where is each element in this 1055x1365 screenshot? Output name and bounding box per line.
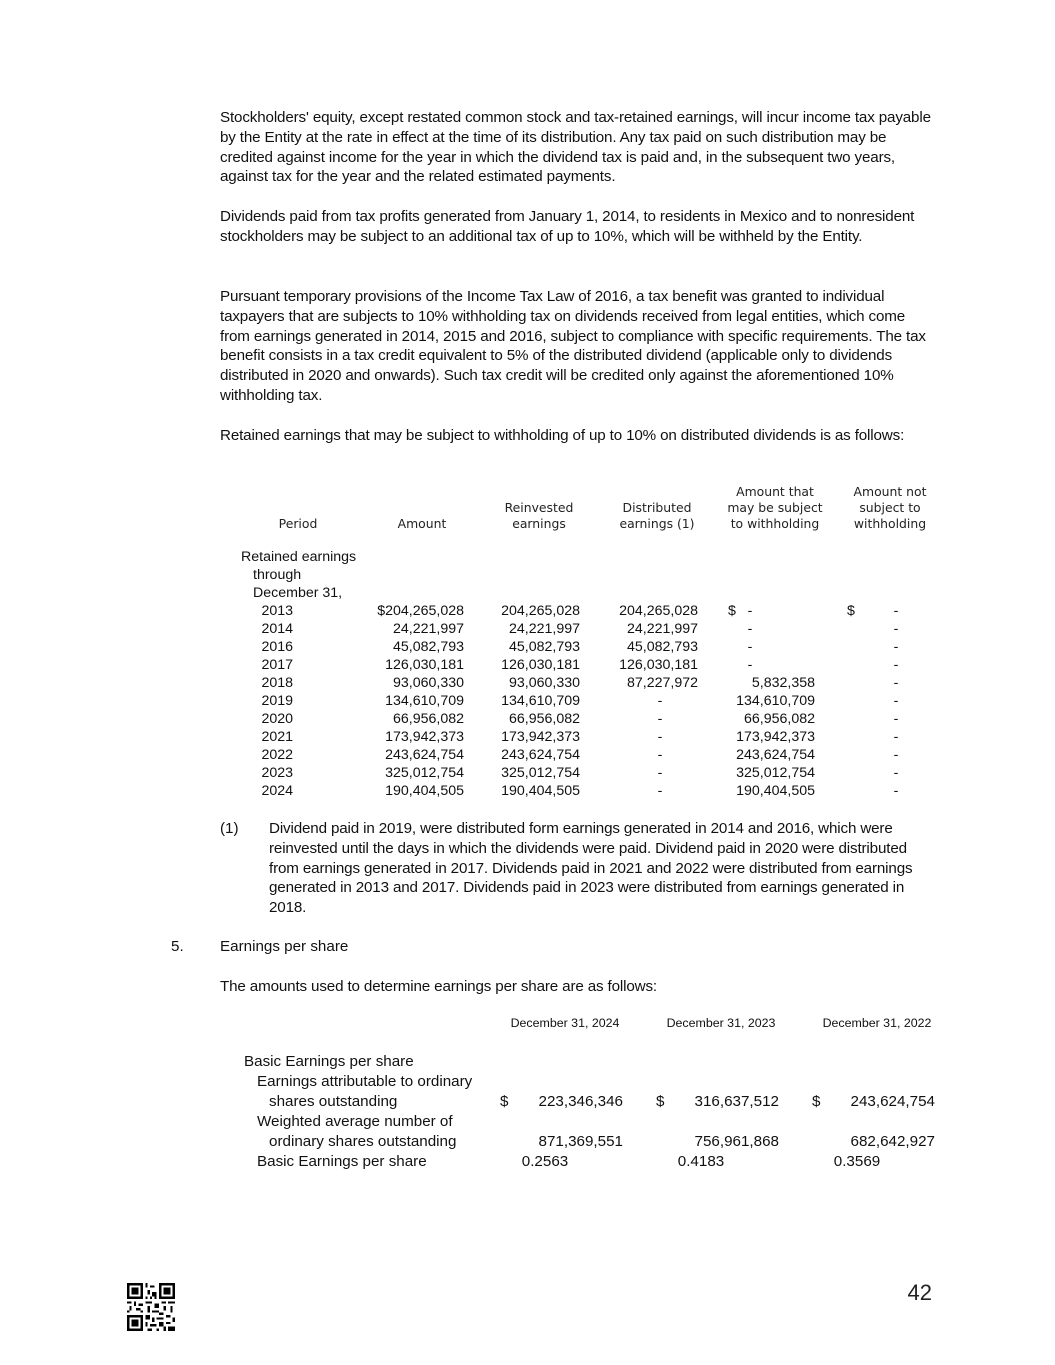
row-label-line-1: Retained earnings xyxy=(241,548,356,566)
cell-reinvested: 204,265,028 xyxy=(480,602,580,620)
cell-reinvested: 126,030,181 xyxy=(480,656,580,674)
cell-period: 2020 xyxy=(253,710,293,728)
cell-subject-to-withholding: 190,404,505 xyxy=(715,782,815,800)
eps-value: 0.2563 xyxy=(520,1152,570,1172)
cell-distributed: - xyxy=(640,692,680,710)
cell-amount: 243,624,754 xyxy=(360,746,464,764)
cell-not-subject: - xyxy=(888,620,904,638)
eps-currency-symbol: $ xyxy=(656,1092,664,1112)
row-label-line-2: through xyxy=(253,566,301,584)
cell-not-subject: - xyxy=(888,728,904,746)
footnote-marker: (1) xyxy=(220,819,239,839)
cell-amount: 45,082,793 xyxy=(360,638,464,656)
cell-period: 2019 xyxy=(253,692,293,710)
currency-symbol-not-subject: $ xyxy=(847,602,855,620)
cell-not-subject: - xyxy=(888,674,904,692)
cell-amount: 126,030,181 xyxy=(360,656,464,674)
cell-period: 2022 xyxy=(253,746,293,764)
cell-amount: 93,060,330 xyxy=(360,674,464,692)
eps-currency-symbol: $ xyxy=(500,1092,508,1112)
cell-period: 2023 xyxy=(253,764,293,782)
cell-distributed: 24,221,997 xyxy=(598,620,698,638)
cell-reinvested: 190,404,505 xyxy=(480,782,580,800)
cell-subject-to-withholding: 66,956,082 xyxy=(715,710,815,728)
paragraph-stockholders-equity-tax: Stockholders' equity, except restated co… xyxy=(220,108,932,187)
section-number: 5. xyxy=(171,937,184,957)
cell-subject-to-withholding: - xyxy=(730,656,770,674)
cell-period: 2013 xyxy=(253,602,293,620)
cell-not-subject: - xyxy=(888,638,904,656)
cell-not-subject: - xyxy=(888,764,904,782)
cell-reinvested: 325,012,754 xyxy=(480,764,580,782)
cell-distributed: 87,227,972 xyxy=(598,674,698,692)
cell-period: 2017 xyxy=(253,656,293,674)
cell-subject-to-withholding: 325,012,754 xyxy=(715,764,815,782)
cell-reinvested: 173,942,373 xyxy=(480,728,580,746)
cell-amount: 325,012,754 xyxy=(360,764,464,782)
cell-subject-to-withholding: 243,624,754 xyxy=(715,746,815,764)
cell-reinvested: 93,060,330 xyxy=(480,674,580,692)
cell-subject-to-withholding: - xyxy=(730,602,770,620)
page-number: 42 xyxy=(880,1280,932,1306)
cell-reinvested: 66,956,082 xyxy=(480,710,580,728)
cell-amount: $204,265,028 xyxy=(360,602,464,620)
cell-period: 2024 xyxy=(253,782,293,800)
cell-distributed: - xyxy=(640,746,680,764)
eps-value: 0.4183 xyxy=(676,1152,726,1172)
eps-value: 756,961,868 xyxy=(649,1132,779,1152)
eps-row-label: Earnings attributable to ordinary xyxy=(257,1072,472,1092)
eps-value: 243,624,754 xyxy=(805,1092,935,1112)
eps-value: 682,642,927 xyxy=(805,1132,935,1152)
cell-distributed: - xyxy=(640,764,680,782)
cell-not-subject: - xyxy=(888,692,904,710)
cell-period: 2018 xyxy=(253,674,293,692)
header-amount: Amount xyxy=(382,516,462,532)
eps-value: 0.3569 xyxy=(832,1152,882,1172)
eps-column-2022: December 31, 2022 xyxy=(807,1015,947,1031)
eps-row-label: shares outstanding xyxy=(269,1092,397,1112)
cell-distributed: - xyxy=(640,782,680,800)
header-distributed-earnings: Distributedearnings (1) xyxy=(612,500,702,532)
eps-column-2024: December 31, 2024 xyxy=(495,1015,635,1031)
eps-column-2023: December 31, 2023 xyxy=(651,1015,791,1031)
cell-reinvested: 45,082,793 xyxy=(480,638,580,656)
cell-not-subject: - xyxy=(888,746,904,764)
eps-value: 316,637,512 xyxy=(649,1092,779,1112)
qr-code-icon xyxy=(127,1283,175,1331)
cell-not-subject: - xyxy=(888,710,904,728)
eps-value: 223,346,346 xyxy=(493,1092,623,1112)
cell-amount: 173,942,373 xyxy=(360,728,464,746)
paragraph-dividends-tax: Dividends paid from tax profits generate… xyxy=(220,207,932,247)
section-intro: The amounts used to determine earnings p… xyxy=(220,977,932,997)
cell-distributed: 45,082,793 xyxy=(598,638,698,656)
row-label-line-3: December 31, xyxy=(253,584,342,602)
header-reinvested-earnings: Reinvestedearnings xyxy=(494,500,584,532)
currency-symbol-subject: $ xyxy=(728,602,736,620)
cell-distributed: - xyxy=(640,710,680,728)
header-amount-subject-to-withholding: Amount thatmay be subjectto withholding xyxy=(720,484,830,532)
eps-row-label: Basic Earnings per share xyxy=(257,1152,427,1172)
cell-not-subject: - xyxy=(888,602,904,620)
cell-reinvested: 243,624,754 xyxy=(480,746,580,764)
eps-row-label: Weighted average number of xyxy=(257,1112,453,1132)
cell-subject-to-withholding: 173,942,373 xyxy=(715,728,815,746)
header-period: Period xyxy=(258,516,338,532)
cell-subject-to-withholding: - xyxy=(730,638,770,656)
cell-amount: 190,404,505 xyxy=(360,782,464,800)
cell-reinvested: 24,221,997 xyxy=(480,620,580,638)
cell-amount: 24,221,997 xyxy=(360,620,464,638)
eps-row-label: ordinary shares outstanding xyxy=(269,1132,456,1152)
cell-subject-to-withholding: 5,832,358 xyxy=(715,674,815,692)
cell-amount: 134,610,709 xyxy=(360,692,464,710)
cell-amount: 66,956,082 xyxy=(360,710,464,728)
cell-not-subject: - xyxy=(888,656,904,674)
cell-distributed: 204,265,028 xyxy=(598,602,698,620)
cell-not-subject: - xyxy=(888,782,904,800)
cell-period: 2016 xyxy=(253,638,293,656)
paragraph-retained-earnings-intro: Retained earnings that may be subject to… xyxy=(220,426,932,446)
cell-subject-to-withholding: - xyxy=(730,620,770,638)
header-amount-not-subject: Amount notsubject towithholding xyxy=(845,484,935,532)
section-title: Earnings per share xyxy=(220,937,348,957)
footnote-text: Dividend paid in 2019, were distributed … xyxy=(269,819,939,918)
eps-value: 871,369,551 xyxy=(493,1132,623,1152)
cell-reinvested: 134,610,709 xyxy=(480,692,580,710)
cell-period: 2021 xyxy=(253,728,293,746)
cell-period: 2014 xyxy=(253,620,293,638)
eps-currency-symbol: $ xyxy=(812,1092,820,1112)
cell-distributed: 126,030,181 xyxy=(598,656,698,674)
paragraph-tax-benefit: Pursuant temporary provisions of the Inc… xyxy=(220,287,932,406)
cell-subject-to-withholding: 134,610,709 xyxy=(715,692,815,710)
eps-group-label: Basic Earnings per share xyxy=(244,1052,414,1072)
cell-distributed: - xyxy=(640,728,680,746)
